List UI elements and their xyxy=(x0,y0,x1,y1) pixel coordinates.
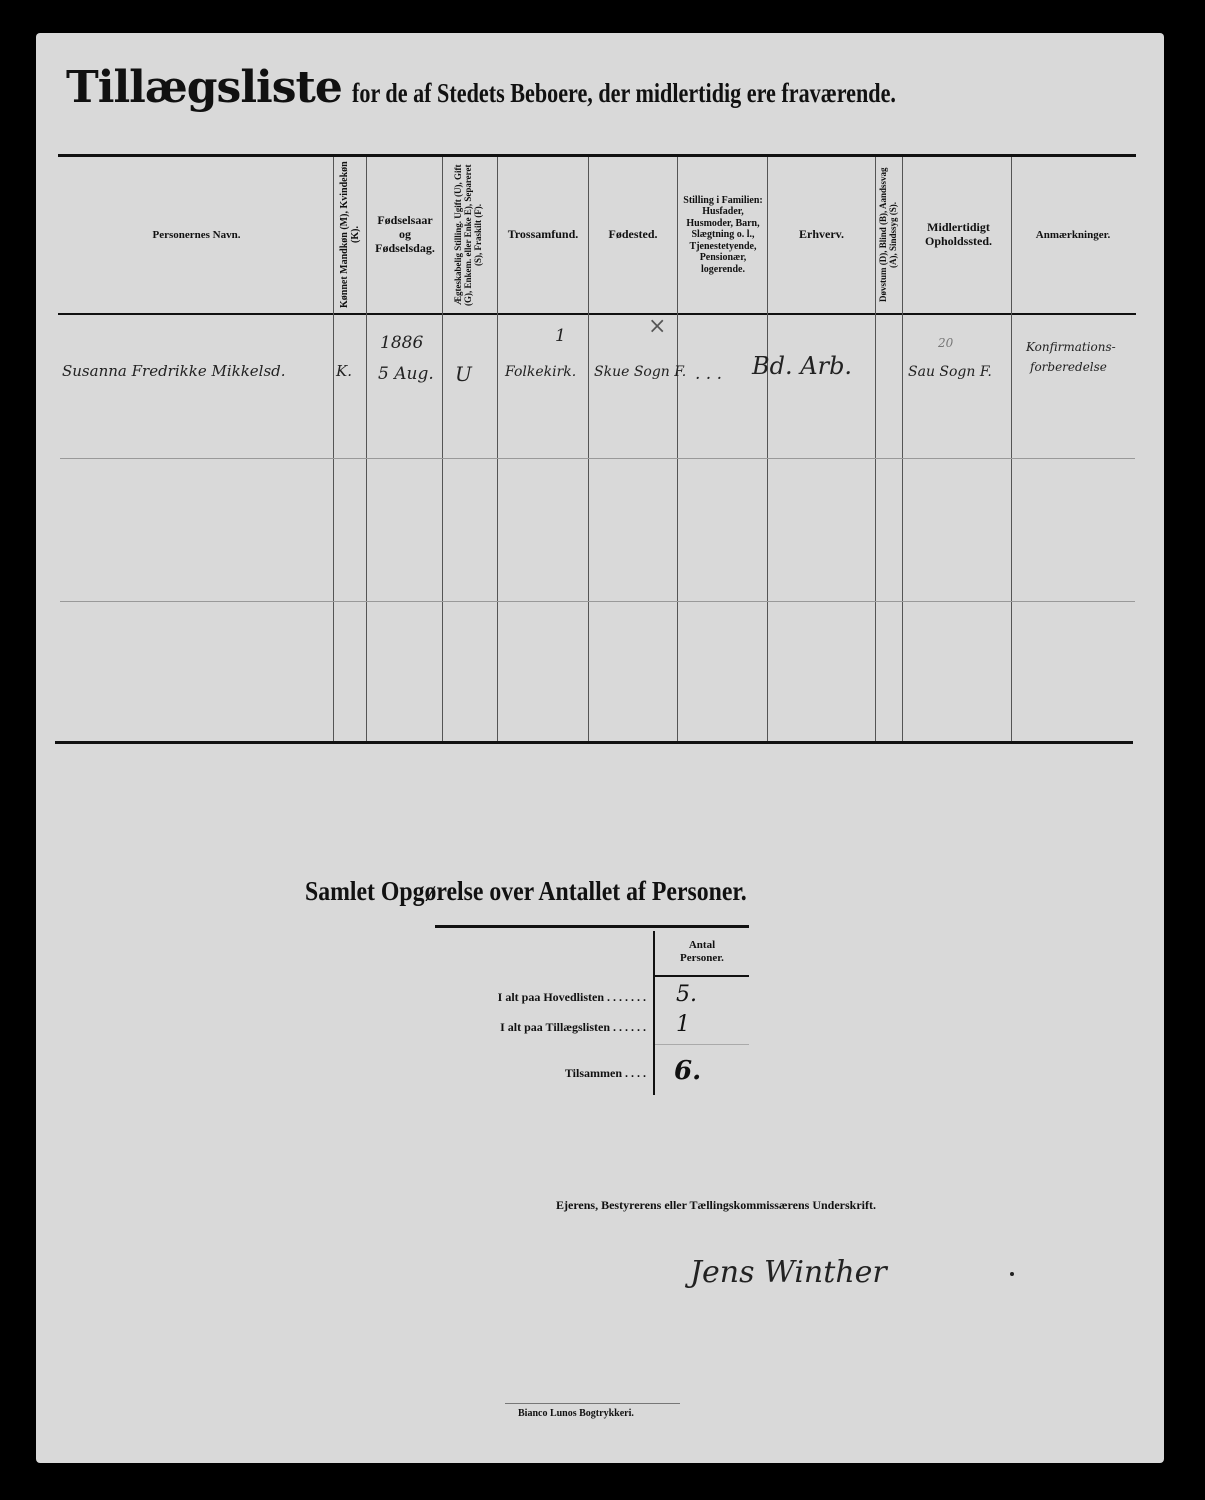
header-remarks: Anmærkninger. xyxy=(1012,157,1134,313)
col-divider xyxy=(902,157,903,741)
signature-label: Ejerens, Bestyrerens eller Tællingskommi… xyxy=(556,1198,876,1213)
cell-faith-mark: 1 xyxy=(555,326,566,346)
header-name: Personernes Navn. xyxy=(60,157,333,313)
summary-value-tilsammen: 6. xyxy=(674,1056,701,1086)
header-family-position: Stilling i Familien: Husfader, Husmoder,… xyxy=(680,157,766,313)
cell-remarks-line1: Konfirmations- xyxy=(1026,340,1116,354)
cell-occupation: Bd. Arb. xyxy=(752,352,852,380)
cell-name: Susanna Fredrikke Mikkelsd. xyxy=(62,362,286,380)
title-main: Tillægsliste xyxy=(66,62,342,113)
signature: Jens Winther xyxy=(690,1255,887,1290)
cell-temp-residence: Sau Sogn F. xyxy=(908,364,992,380)
header-marital: Ægteskabelig Stilling. Ugift (U), Gift (… xyxy=(444,160,494,310)
summary-col-divider xyxy=(653,931,655,1095)
summary-header-rule xyxy=(655,975,749,977)
summary-col-header: Antal Personer. xyxy=(656,932,748,972)
cell-temp-residence-mark: 20 xyxy=(938,336,953,350)
col-divider xyxy=(442,157,443,741)
cell-family-position: . . . xyxy=(695,364,722,384)
table-bottom-rule xyxy=(55,741,1133,744)
header-bottom-rule xyxy=(58,313,1136,315)
row-divider xyxy=(60,601,1135,602)
title-subtitle: for de af Stedets Beboere, der midlertid… xyxy=(352,78,896,109)
header-temp-residence: Midlertidigt Opholdssted. xyxy=(906,157,1011,313)
col-divider xyxy=(677,157,678,741)
printer-imprint: Bianco Lunos Bogtrykkeri. xyxy=(518,1408,634,1419)
header-occupation: Erhverv. xyxy=(768,157,875,313)
cell-birthplace-mark: × xyxy=(648,314,666,339)
header-disability: Døvstum (D), Blind (B), Aandssvag (A), S… xyxy=(877,160,901,310)
header-birthplace: Fødested. xyxy=(589,157,677,313)
ink-dot xyxy=(1010,1272,1014,1276)
cell-birthplace: Skue Sogn F. xyxy=(594,364,686,380)
cell-birth-year: 1886 xyxy=(380,333,423,353)
summary-row-label-tilsammen: Tilsammen . . . . xyxy=(380,1066,646,1081)
printer-rule xyxy=(505,1403,680,1404)
cell-marital: U xyxy=(455,362,472,386)
summary-row-label-tillaegslisten: I alt paa Tillægslisten . . . . . . xyxy=(380,1020,646,1035)
summary-col-header-line2: Personer. xyxy=(680,952,724,965)
summary-row-label-hovedlisten: I alt paa Hovedlisten . . . . . . . xyxy=(380,990,646,1005)
title-emphasis: fraværende. xyxy=(781,78,896,108)
cell-sex: K. xyxy=(336,362,352,380)
summary-col-header-line1: Antal xyxy=(689,939,715,952)
summary-value-hovedlisten: 5. xyxy=(676,982,697,1007)
col-divider xyxy=(333,157,334,741)
summary-top-rule xyxy=(435,925,749,928)
summary-title: Samlet Opgørelse over Antallet af Person… xyxy=(305,876,747,907)
summary-value-tillaegslisten: 1 xyxy=(676,1012,690,1037)
cell-faith: Folkekirk. xyxy=(505,364,576,380)
col-divider xyxy=(366,157,367,741)
row-divider xyxy=(60,458,1135,459)
cell-birth-day: 5 Aug. xyxy=(378,364,434,384)
header-sex: Kønnet Mandkøn (M), Kvindekøn (K). xyxy=(336,160,364,310)
header-birth: Fødselsaar og Fødselsdag. xyxy=(372,157,438,313)
form-title: Tillægsliste for de af Stedets Beboere, … xyxy=(66,62,1015,113)
col-divider xyxy=(875,157,876,741)
title-rest-text: for de af Stedets Beboere, der midlertid… xyxy=(352,78,776,108)
summary-subtotal-rule xyxy=(655,1044,749,1045)
cell-remarks-line2: forberedelse xyxy=(1030,360,1107,374)
header-faith: Trossamfund. xyxy=(498,157,588,313)
